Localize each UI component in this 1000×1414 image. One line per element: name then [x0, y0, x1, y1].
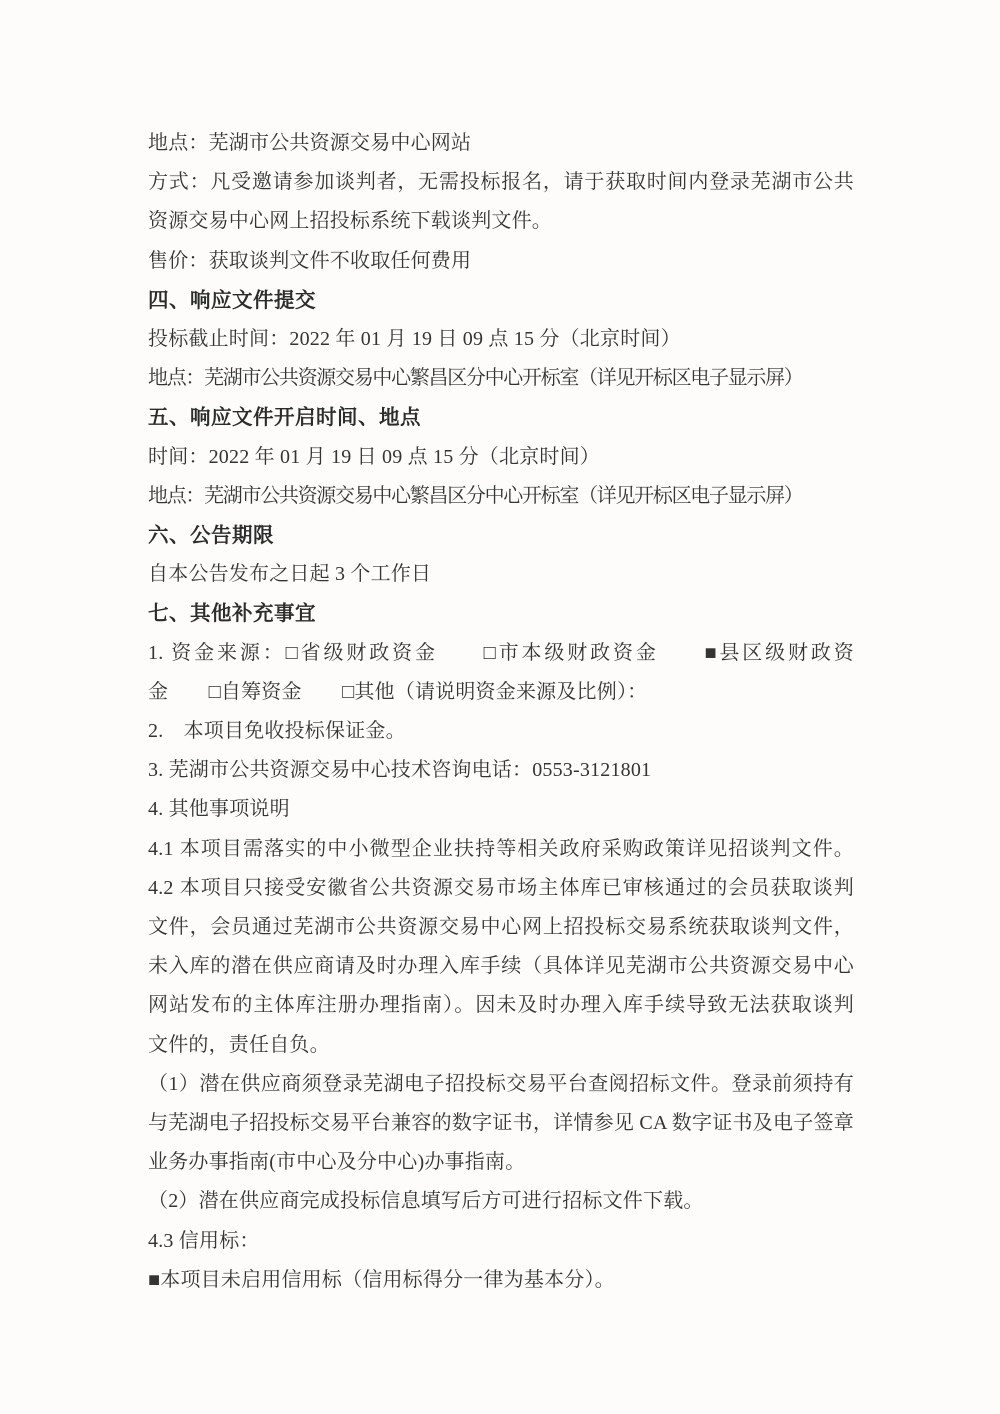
- text-line: 时间：2022 年 01 月 19 日 09 点 15 分（北京时间）: [148, 438, 854, 477]
- text-line: 与芜湖电子招投标交易平台兼容的数字证书，详情参见 CA 数字证书及电子签章: [148, 1104, 854, 1143]
- text-line: 4.3 信用标：: [148, 1222, 854, 1261]
- text-line: 方式：凡受邀请参加谈判者，无需投标报名，请于获取时间内登录芜湖市公共: [148, 163, 854, 202]
- text-line: 资源交易中心网上招投标系统下载谈判文件。: [148, 202, 854, 241]
- text-line: 1. 资金来源：□省级财政资金 □市本级财政资金 ■县区级财政资: [148, 634, 854, 673]
- section-heading: 五、响应文件开启时间、地点: [148, 398, 854, 437]
- text-line: 3. 芜湖市公共资源交易中心技术咨询电话：0553-3121801: [148, 751, 854, 790]
- section-heading: 六、公告期限: [148, 516, 854, 555]
- text-line: （2）潜在供应商完成投标信息填写后方可进行招标文件下载。: [148, 1182, 854, 1221]
- section-heading: 七、其他补充事宜: [148, 594, 854, 633]
- text-line: 地点：芜湖市公共资源交易中心网站: [148, 124, 854, 163]
- section-heading: 四、响应文件提交: [148, 281, 854, 320]
- text-line: 业务办事指南(市中心及分中心)办事指南。: [148, 1143, 854, 1182]
- text-line: 4.2 本项目只接受安徽省公共资源交易市场主体库已审核通过的会员获取谈判: [148, 869, 854, 908]
- text-line: 自本公告发布之日起 3 个工作日: [148, 555, 854, 594]
- text-line: 4. 其他事项说明: [148, 790, 854, 829]
- text-line: （1）潜在供应商须登录芜湖电子招投标交易平台查阅招标文件。登录前须持有: [148, 1065, 854, 1104]
- text-line: ■本项目未启用信用标（信用标得分一律为基本分）。: [148, 1261, 854, 1300]
- text-line: 售价：获取谈判文件不收取任何费用: [148, 242, 854, 281]
- text-line: 2. 本项目免收投标保证金。: [148, 712, 854, 751]
- document-page: 地点：芜湖市公共资源交易中心网站方式：凡受邀请参加谈判者，无需投标报名，请于获取…: [0, 0, 1000, 1414]
- text-line: 地点：芜湖市公共资源交易中心繁昌区分中心开标室（详见开标区电子显示屏）: [148, 359, 854, 398]
- text-line: 文件的，责任自负。: [148, 1026, 854, 1065]
- text-line: 网站发布的主体库注册办理指南）。因未及时办理入库手续导致无法获取谈判: [148, 986, 854, 1025]
- text-line: 投标截止时间：2022 年 01 月 19 日 09 点 15 分（北京时间）: [148, 320, 854, 359]
- text-line: 未入库的潜在供应商请及时办理入库手续（具体详见芜湖市公共资源交易中心: [148, 947, 854, 986]
- text-line: 4.1 本项目需落实的中小微型企业扶持等相关政府采购政策详见招谈判文件。: [148, 830, 854, 869]
- text-line: 地点：芜湖市公共资源交易中心繁昌区分中心开标室（详见开标区电子显示屏）: [148, 477, 854, 516]
- text-line: 文件，会员通过芜湖市公共资源交易中心网上招投标交易系统获取谈判文件，: [148, 908, 854, 947]
- text-line: 金 □自筹资金 □其他（请说明资金来源及比例）：: [148, 673, 854, 712]
- document-body: 地点：芜湖市公共资源交易中心网站方式：凡受邀请参加谈判者，无需投标报名，请于获取…: [148, 124, 854, 1300]
